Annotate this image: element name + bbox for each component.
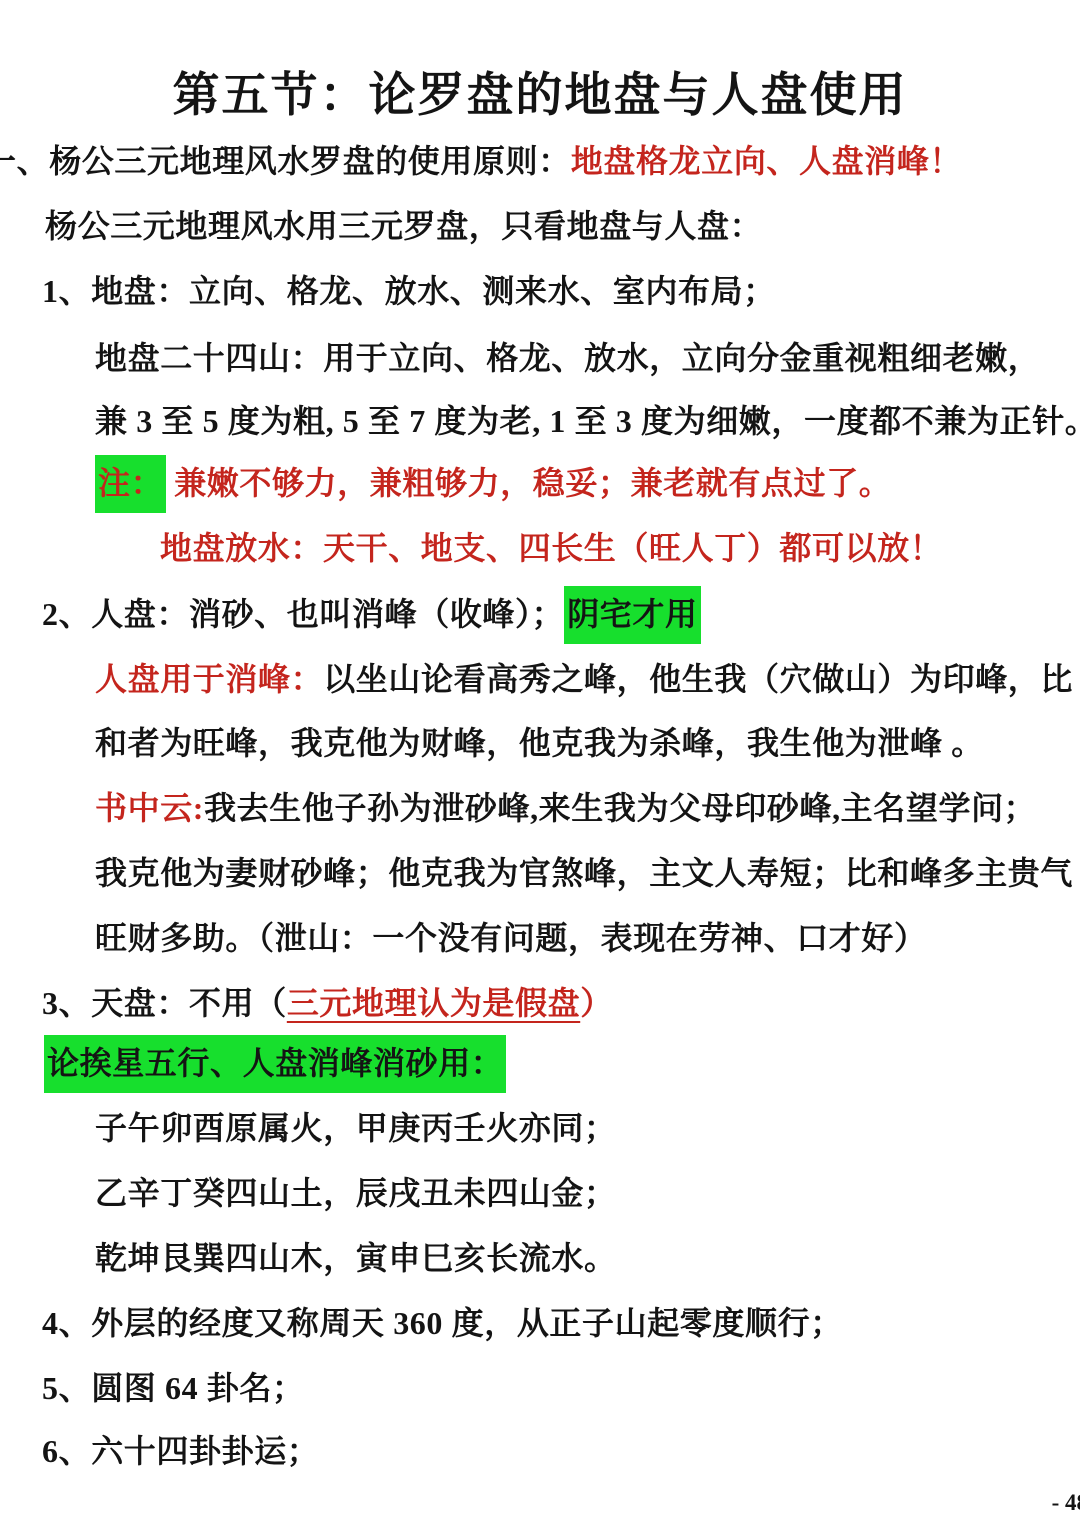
degree-rule-text: 兼 3 至 5 度为粗, 5 至 7 度为老, 1 至 3 度为细嫩，一度都不兼… <box>95 403 1080 439</box>
item3-text: 3、天盘：不用（ <box>42 985 287 1021</box>
line-compass-intro: 杨公三元地理风水用三元罗盘，只看地盘与人盘： <box>45 205 762 247</box>
verse-3-text: 乾坤艮巽四山木，寅申巳亥长流水。 <box>95 1240 617 1276</box>
renpan-xiaofeng-text: 以坐山论看高秀之峰，他生我（穴做山）为印峰，比 <box>323 661 1073 697</box>
note-label-highlight: 注： <box>95 455 166 513</box>
line-verse-1: 子午卯酉原属火，甲庚丙壬火亦同； <box>95 1107 617 1149</box>
line-verse-3: 乾坤艮巽四山木，寅申巳亥长流水。 <box>95 1237 617 1279</box>
line-dipan-fangshui: 地盘放水：天干、地支、四长生（旺人丁）都可以放！ <box>160 527 942 569</box>
dipan-24-text: 地盘二十四山：用于立向、格龙、放水，立向分金重视粗细老嫩， <box>95 340 1040 376</box>
dipan-fangshui-text: 地盘放水：天干、地支、四长生（旺人丁）都可以放！ <box>160 530 942 566</box>
item4-text: 4、外层的经度又称周天 360 度，从正子山起零度顺行； <box>42 1305 843 1341</box>
peak-types-text: 和者为旺峰，我克他为财峰，他克我为杀峰，我生他为泄峰 。 <box>95 725 984 761</box>
sha-peaks-text: 我克他为妻财砂峰；他克我为官煞峰，主文人寿短；比和峰多主贵气 <box>95 855 1073 891</box>
compass-intro-text: 杨公三元地理风水用三元罗盘，只看地盘与人盘： <box>45 208 762 244</box>
book-quote-text: 我去生他子孙为泄砂峰,来生我为父母印砂峰,主名望学问； <box>204 790 1036 826</box>
line-book-quote: 书中云:我去生他子孙为泄砂峰,来生我为父母印砂峰,主名望学问； <box>95 787 1036 829</box>
line-wangcai: 旺财多助。（泄山：一个没有问题，表现在劳神、口才好） <box>95 917 927 959</box>
book-quote-label: 书中云: <box>95 790 204 826</box>
line-item3-tianpan: 3、天盘：不用（三元地理认为是假盘） <box>42 982 613 1024</box>
line-item4-360deg: 4、外层的经度又称周天 360 度，从正子山起零度顺行； <box>42 1302 843 1344</box>
line-item6-guayun: 6、六十四卦卦运； <box>42 1430 319 1472</box>
line-renpan-xiaofeng: 人盘用于消峰：以坐山论看高秀之峰，他生我（穴做山）为印峰，比 <box>95 658 1073 700</box>
verse-1-text: 子午卯酉原属火，甲庚丙壬火亦同； <box>95 1110 617 1146</box>
tianpan-fake-emphasis: 三元地理认为是假盘 <box>287 985 580 1021</box>
line-note: 注：兼嫩不够力，兼粗够力，稳妥；兼老就有点过了。 <box>95 462 891 504</box>
item1-text: 1、地盘：立向、格龙、放水、测来水、室内布局； <box>42 273 776 309</box>
item6-text: 6、六十四卦卦运； <box>42 1433 319 1469</box>
line-degree-rule: 兼 3 至 5 度为粗, 5 至 7 度为老, 1 至 3 度为细嫩，一度都不兼… <box>95 400 1080 442</box>
wangcai-text: 旺财多助。（泄山：一个没有问题，表现在劳神、口才好） <box>95 920 927 956</box>
yinzhai-highlight: 阴宅才用 <box>564 586 700 644</box>
line-item5-64gua: 5、圆图 64 卦名； <box>42 1367 305 1409</box>
line-item2-renpan: 2、人盘：消砂、也叫消峰（收峰）；阴宅才用 <box>42 593 701 635</box>
item2-text: 2、人盘：消砂、也叫消峰（收峰）； <box>42 596 564 632</box>
line-peak-types: 和者为旺峰，我克他为财峰，他克我为杀峰，我生他为泄峰 。 <box>95 722 984 764</box>
page-number: - 48 <box>1052 1490 1080 1516</box>
document-page: 第五节：论罗盘的地盘与人盘使用 一、杨公三元地理风水罗盘的使用原则：地盘格龙立向… <box>0 0 1080 1526</box>
line-verse-2: 乙辛丁癸四山土，辰戌丑未四山金； <box>95 1172 617 1214</box>
item5-text: 5、圆图 64 卦名； <box>42 1370 305 1406</box>
line-dipan-24-mountains: 地盘二十四山：用于立向、格龙、放水，立向分金重视粗细老嫩， <box>95 337 1040 379</box>
doc-title: 第五节：论罗盘的地盘与人盘使用 <box>0 58 1080 125</box>
tianpan-close-paren: ） <box>580 985 613 1021</box>
line-usage-principle: 一、杨公三元地理风水罗盘的使用原则：地盘格龙立向、人盘消峰！ <box>0 140 962 182</box>
renpan-xiaofeng-label: 人盘用于消峰： <box>95 661 323 697</box>
usage-principle-emphasis: 地盘格龙立向、人盘消峰！ <box>571 143 962 179</box>
line-sha-peaks: 我克他为妻财砂峰；他克我为官煞峰，主文人寿短；比和峰多主贵气 <box>95 852 1073 894</box>
note-text: 兼嫩不够力，兼粗够力，稳妥；兼老就有点过了。 <box>174 465 891 501</box>
aixing-heading-highlight: 论挨星五行、人盘消峰消砂用： <box>44 1035 506 1093</box>
line-aixing-heading: 论挨星五行、人盘消峰消砂用： <box>44 1042 506 1084</box>
usage-principle-label: 一、杨公三元地理风水罗盘的使用原则： <box>0 143 571 179</box>
line-item1-dipan: 1、地盘：立向、格龙、放水、测来水、室内布局； <box>42 270 776 312</box>
verse-2-text: 乙辛丁癸四山土，辰戌丑未四山金； <box>95 1175 617 1211</box>
